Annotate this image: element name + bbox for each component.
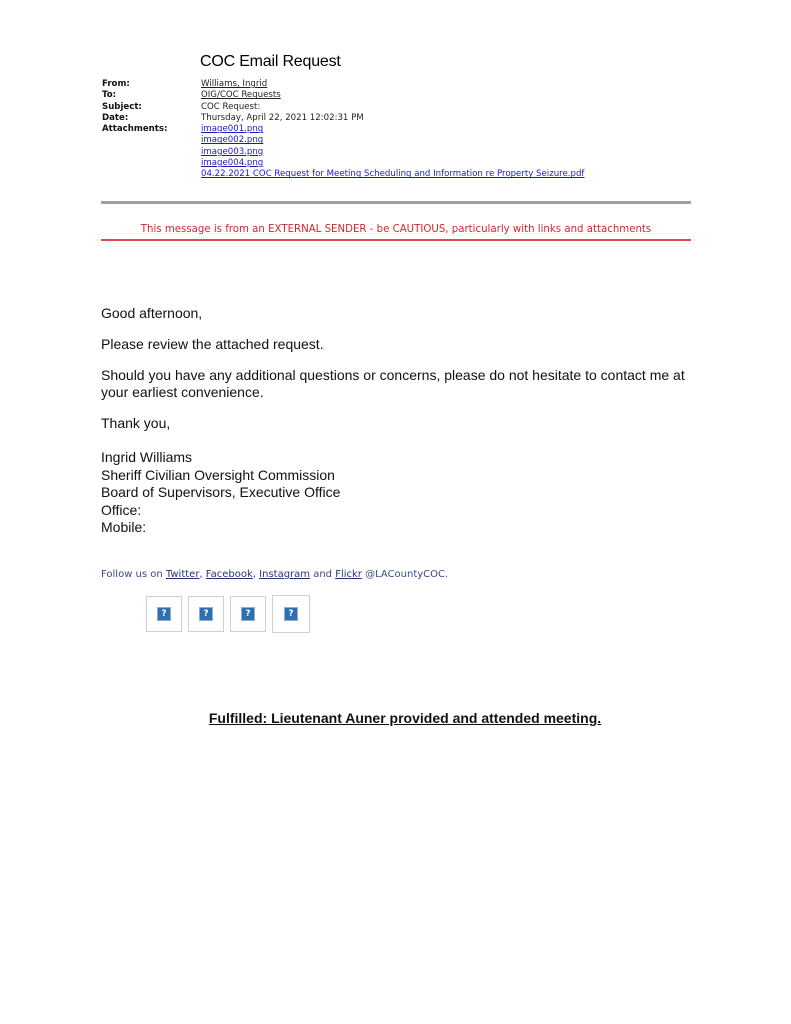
- signature-block: Ingrid Williams Sheriff Civilian Oversig…: [101, 449, 691, 537]
- subject-value: COC Request:: [201, 102, 260, 113]
- flickr-icon-box[interactable]: ?: [272, 595, 310, 633]
- warning-underline: [101, 239, 691, 241]
- social-icons: ? ? ? ?: [146, 596, 310, 633]
- to-link[interactable]: OIG/COC Requests: [201, 90, 281, 101]
- separator: and: [310, 569, 335, 580]
- broken-image-icon: ?: [199, 607, 213, 621]
- greeting: Good afternoon,: [101, 305, 691, 322]
- attachments-label: Attachments:: [102, 124, 201, 180]
- follow-prefix: Follow us on: [101, 569, 166, 580]
- date-label: Date:: [102, 113, 201, 124]
- signature-mobile: Mobile:: [101, 519, 691, 537]
- external-sender-warning: This message is from an EXTERNAL SENDER …: [101, 224, 691, 235]
- social-follow-line: Follow us on Twitter, Facebook, Instagra…: [101, 569, 448, 580]
- twitter-link[interactable]: Twitter: [166, 569, 200, 580]
- signature-name: Ingrid Williams: [101, 449, 691, 467]
- from-row: From: Williams, Ingrid: [102, 79, 584, 90]
- email-header: From: Williams, Ingrid To: OIG/COC Reque…: [102, 79, 584, 181]
- subject-row: Subject: COC Request:: [102, 102, 584, 113]
- attachment-link[interactable]: image003.png: [201, 147, 584, 158]
- social-handle: @LACountyCOC.: [362, 569, 448, 580]
- closing: Thank you,: [101, 415, 691, 432]
- fulfillment-note: Fulfilled: Lieutenant Auner provided and…: [0, 710, 791, 726]
- attachment-list: image001.png image002.png image003.png i…: [201, 124, 584, 180]
- attachment-link[interactable]: 04.22.2021 COC Request for Meeting Sched…: [201, 169, 584, 180]
- from-link[interactable]: Williams, Ingrid: [201, 79, 267, 90]
- from-label: From:: [102, 79, 201, 90]
- attachment-link[interactable]: image002.png: [201, 135, 584, 146]
- instagram-icon-box[interactable]: ?: [230, 596, 266, 632]
- signature-org: Sheriff Civilian Oversight Commission: [101, 467, 691, 485]
- to-label: To:: [102, 90, 201, 101]
- twitter-icon-box[interactable]: ?: [146, 596, 182, 632]
- facebook-link[interactable]: Facebook: [206, 569, 253, 580]
- broken-image-icon: ?: [157, 607, 171, 621]
- subject-label: Subject:: [102, 102, 201, 113]
- signature-office: Office:: [101, 502, 691, 520]
- date-row: Date: Thursday, April 22, 2021 12:02:31 …: [102, 113, 584, 124]
- facebook-icon-box[interactable]: ?: [188, 596, 224, 632]
- header-divider: [101, 201, 691, 204]
- body-paragraph: Should you have any additional questions…: [101, 367, 691, 401]
- broken-image-icon: ?: [241, 607, 255, 621]
- date-value: Thursday, April 22, 2021 12:02:31 PM: [201, 113, 364, 124]
- document-title: COC Email Request: [200, 53, 341, 71]
- signature-dept: Board of Supervisors, Executive Office: [101, 484, 691, 502]
- email-body: Good afternoon, Please review the attach…: [101, 305, 691, 537]
- broken-image-icon: ?: [284, 607, 298, 621]
- instagram-link[interactable]: Instagram: [259, 569, 310, 580]
- attachment-link[interactable]: image001.png: [201, 124, 584, 135]
- to-row: To: OIG/COC Requests: [102, 90, 584, 101]
- attachments-row: Attachments: image001.png image002.png i…: [102, 124, 584, 180]
- flickr-link[interactable]: Flickr: [335, 569, 362, 580]
- body-paragraph: Please review the attached request.: [101, 336, 691, 353]
- attachment-link[interactable]: image004.png: [201, 158, 584, 169]
